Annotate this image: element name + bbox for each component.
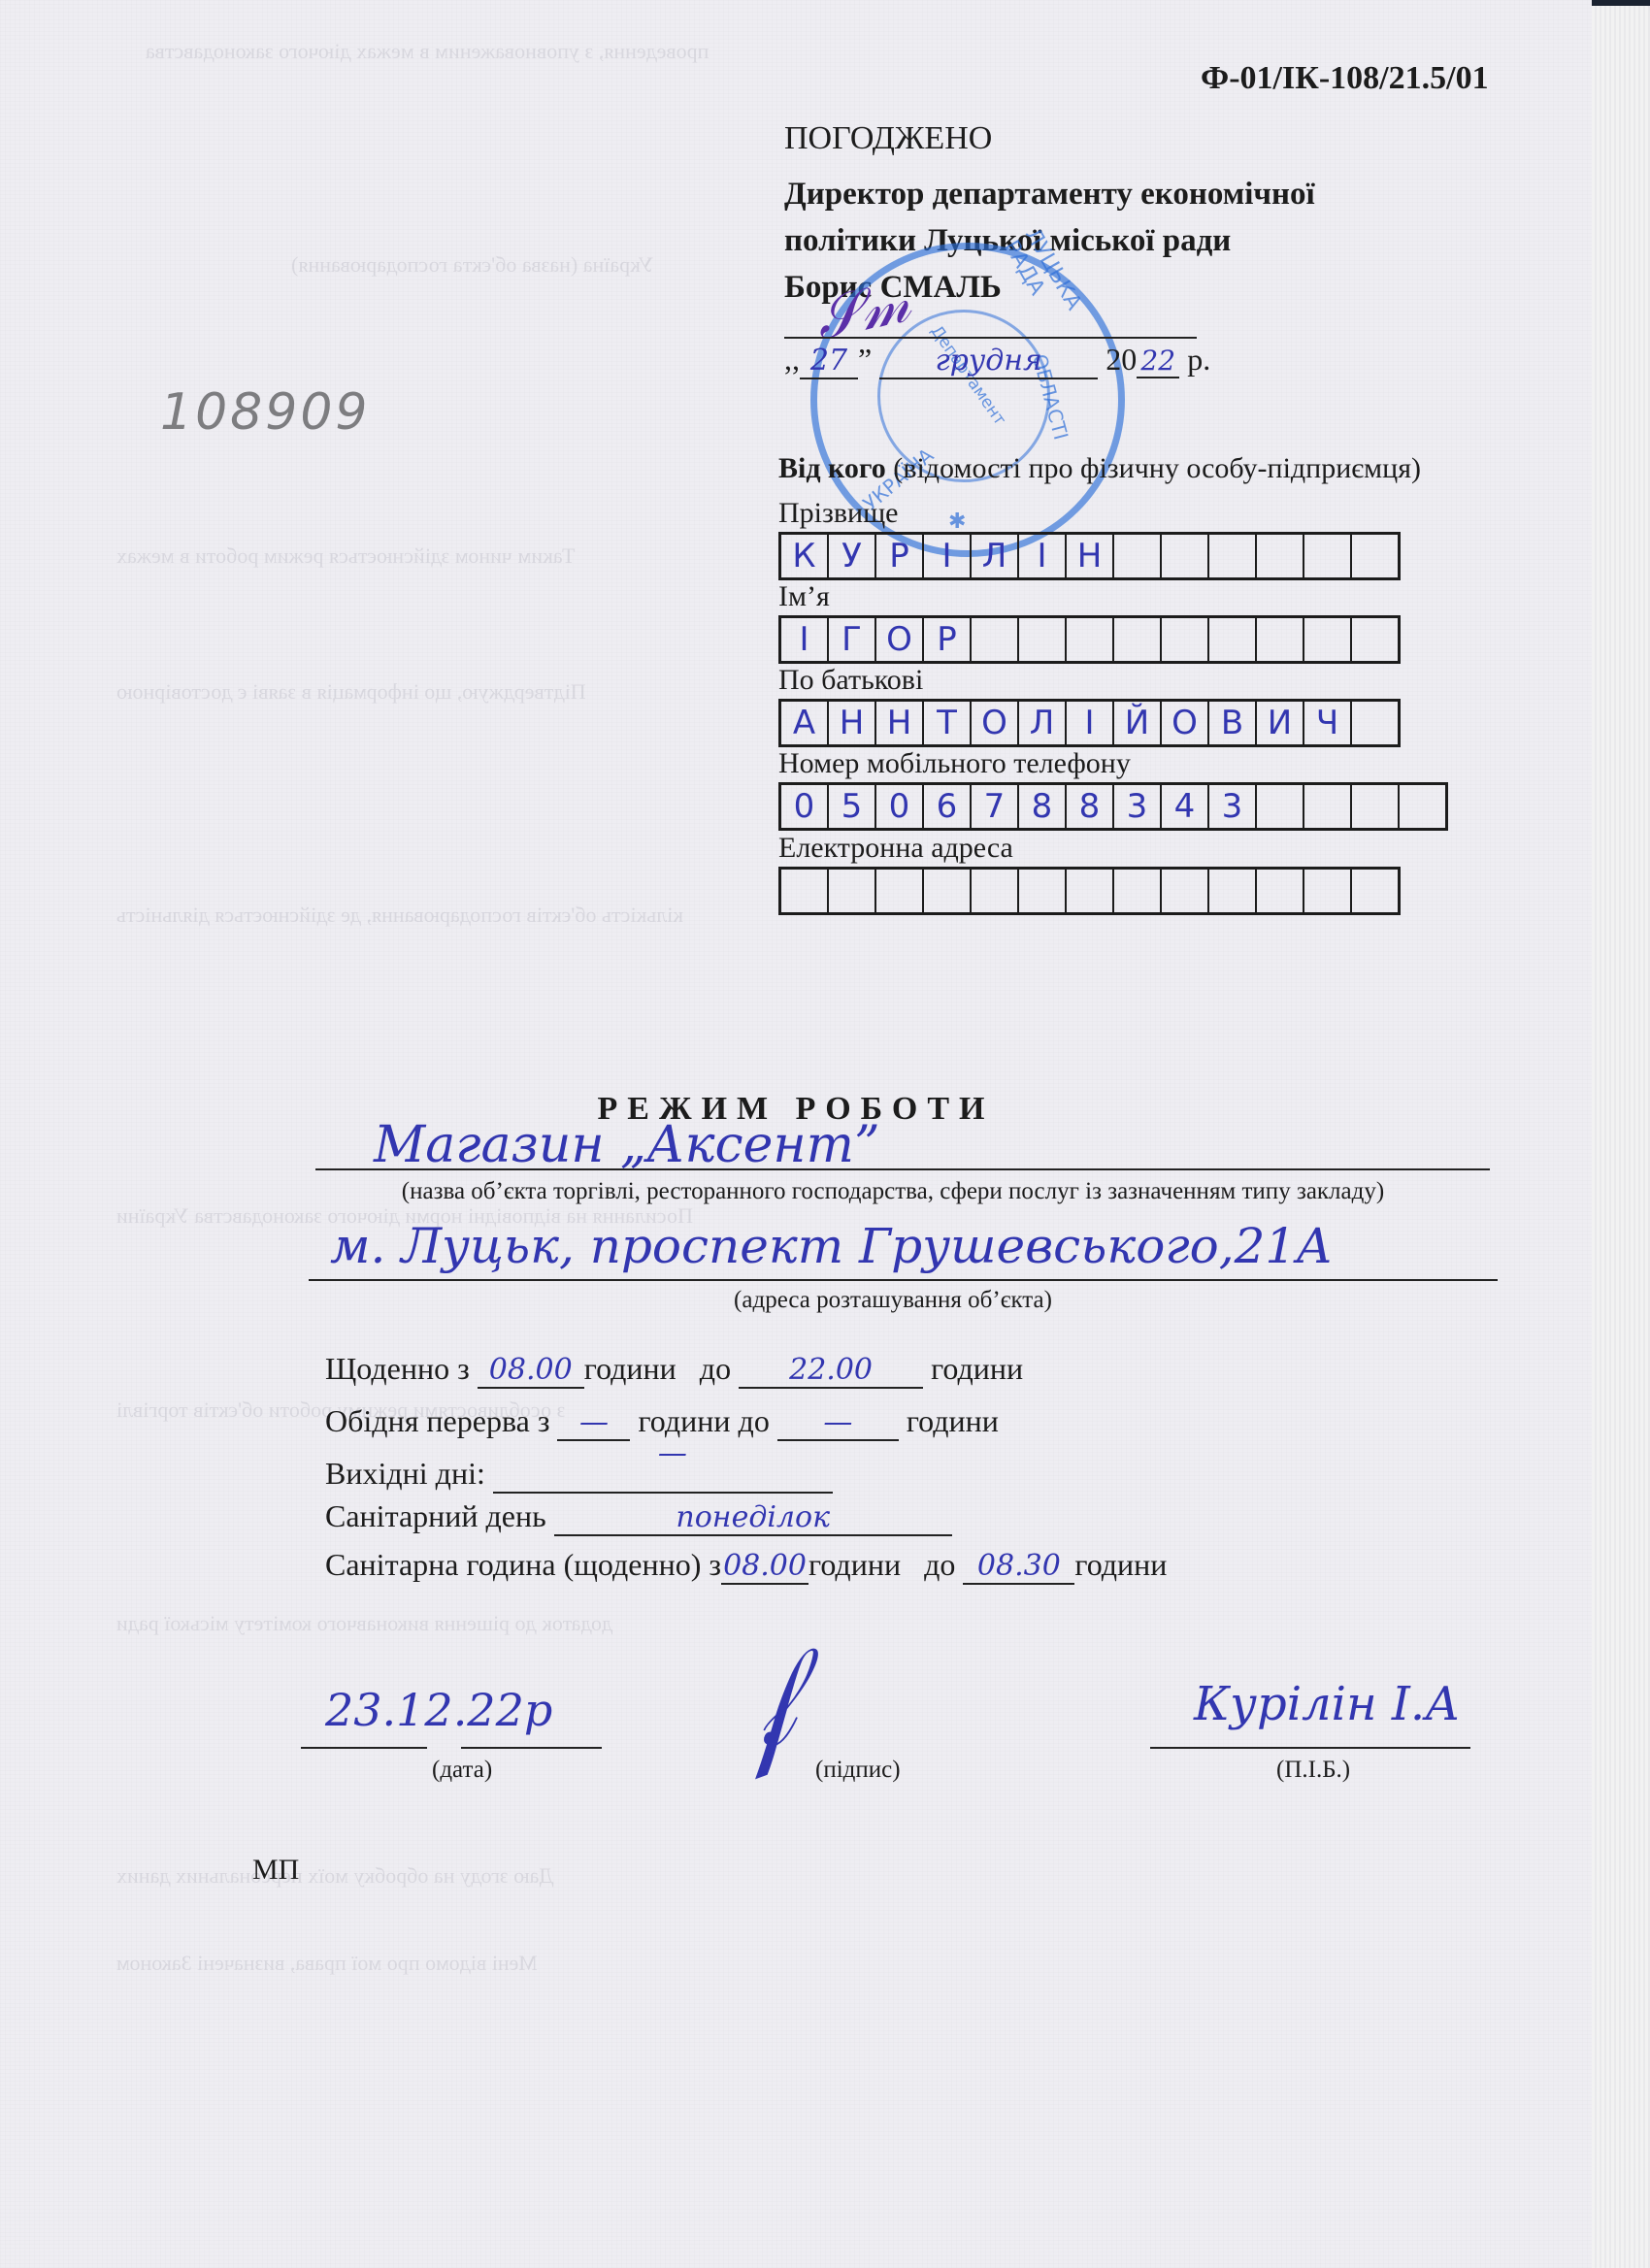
- daily-to-value: 22.00: [739, 1353, 923, 1389]
- sign-date-line: [301, 1747, 427, 1749]
- approval-date: ,,27” грудня 2022 р.: [784, 342, 1210, 379]
- char-box[interactable]: [1019, 870, 1067, 912]
- char-box[interactable]: О: [972, 702, 1019, 744]
- sanitary-hour-to: 08.30: [963, 1549, 1074, 1585]
- applicant-section-heading: Від кого (відомості про фізичну особу-пі…: [778, 452, 1421, 485]
- lunch-label: Обідня перерва з: [325, 1403, 549, 1438]
- char-box[interactable]: [781, 870, 829, 912]
- char-box[interactable]: [1209, 870, 1257, 912]
- char-box[interactable]: [1352, 785, 1400, 828]
- signature-line: [461, 1747, 602, 1749]
- address-value: м. Луцьк, проспект Грушевського,21А: [330, 1218, 1333, 1274]
- char-box[interactable]: 3: [1114, 785, 1162, 828]
- sign-name-value: Курілін І.А: [1194, 1677, 1460, 1731]
- hours-word: години: [931, 1351, 1023, 1386]
- approval-year-prefix: 20: [1105, 342, 1137, 377]
- hours-word: години: [907, 1403, 999, 1438]
- lunch-from-value: —: [557, 1405, 630, 1441]
- sanitary-hour-label: Санітарна година (щоденно) з: [325, 1547, 721, 1582]
- char-box[interactable]: [1304, 785, 1352, 828]
- sanitary-day-label: Санітарний день: [325, 1498, 546, 1533]
- char-box-field[interactable]: 0506788343: [778, 782, 1448, 831]
- sign-name-line: [1150, 1747, 1470, 1749]
- char-box[interactable]: Л: [972, 535, 1019, 577]
- field-label: По батькові: [778, 664, 923, 697]
- char-box[interactable]: [1352, 535, 1398, 577]
- char-box[interactable]: І: [1019, 535, 1067, 577]
- registration-number: 108909: [160, 383, 371, 442]
- char-box[interactable]: [1352, 870, 1398, 912]
- to-word: до: [700, 1351, 731, 1386]
- approver-title-line1: Директор департаменту економічної: [784, 171, 1315, 217]
- char-box[interactable]: І: [781, 618, 829, 661]
- address-caption: (адреса розташування об’єкта): [0, 1287, 1650, 1314]
- char-box[interactable]: О: [876, 618, 924, 661]
- char-box[interactable]: [972, 870, 1019, 912]
- char-box[interactable]: [1352, 702, 1398, 744]
- char-box[interactable]: [1304, 535, 1352, 577]
- hours-word: години: [1074, 1547, 1167, 1582]
- char-box[interactable]: Н: [1067, 535, 1114, 577]
- char-box[interactable]: Р: [876, 535, 924, 577]
- char-box[interactable]: [1114, 618, 1162, 661]
- char-box[interactable]: К: [781, 535, 829, 577]
- sanitary-hour-row: Санітарна година (щоденно) з08.00години …: [325, 1547, 1167, 1585]
- applicant-heading-rest: (відомості про фізичну особу-підприємця): [893, 452, 1421, 484]
- char-box[interactable]: 4: [1162, 785, 1209, 828]
- object-name-line: [315, 1168, 1490, 1170]
- object-name-value: Магазин „Аксент”: [374, 1116, 880, 1174]
- hours-word: години: [808, 1547, 901, 1582]
- approval-year-label: р.: [1187, 342, 1210, 377]
- char-box[interactable]: [1304, 618, 1352, 661]
- days-off-row: Вихідні дні: —: [325, 1456, 833, 1494]
- char-box[interactable]: 7: [972, 785, 1019, 828]
- char-box[interactable]: [1067, 870, 1114, 912]
- daily-label: Щоденно з: [325, 1351, 470, 1386]
- stamp-star-icon: ✱: [948, 509, 966, 534]
- scanner-edge-shadow: [1592, 0, 1650, 6]
- document-page: проведення, з уповноваженим в межах діюч…: [0, 0, 1592, 2268]
- char-box-field[interactable]: [778, 867, 1401, 915]
- char-box[interactable]: [972, 618, 1019, 661]
- char-box[interactable]: В: [1209, 702, 1257, 744]
- char-box[interactable]: [1400, 785, 1445, 828]
- days-off-dash: —: [658, 1436, 687, 1470]
- field-label: Прізвище: [778, 497, 899, 530]
- address-line: [309, 1279, 1498, 1281]
- char-box[interactable]: Т: [924, 702, 972, 744]
- char-box[interactable]: А: [781, 702, 829, 744]
- signature-caption: (підпис): [815, 1757, 901, 1784]
- applicant-signature: 𝒻: [716, 1635, 811, 1781]
- char-box-field[interactable]: КУРІЛІН: [778, 532, 1401, 580]
- approval-day: 27: [800, 344, 858, 379]
- char-box[interactable]: [829, 870, 876, 912]
- sign-name-caption: (П.І.Б.): [1276, 1757, 1350, 1784]
- days-off-value: —: [493, 1458, 833, 1494]
- char-box[interactable]: Н: [829, 702, 876, 744]
- char-box[interactable]: [1067, 618, 1114, 661]
- sanitary-hour-from: 08.00: [721, 1549, 808, 1585]
- char-box[interactable]: [1114, 870, 1162, 912]
- char-box[interactable]: Н: [876, 702, 924, 744]
- applicant-heading-bold: Від кого: [778, 452, 886, 484]
- char-box[interactable]: [924, 870, 972, 912]
- to-word: до: [924, 1547, 955, 1582]
- daily-from-value: 08.00: [478, 1353, 584, 1389]
- char-box[interactable]: Р: [924, 618, 972, 661]
- char-box-field[interactable]: АННТОЛІЙОВИЧ: [778, 699, 1401, 747]
- char-box[interactable]: [1162, 535, 1209, 577]
- field-label: Ім’я: [778, 580, 830, 613]
- char-box[interactable]: Г: [829, 618, 876, 661]
- char-box-field[interactable]: ІГОР: [778, 615, 1401, 664]
- date-quote: ,,: [784, 342, 800, 377]
- char-box[interactable]: [1209, 618, 1257, 661]
- approval-month: грудня: [879, 344, 1098, 379]
- char-box[interactable]: Ч: [1304, 702, 1352, 744]
- char-box[interactable]: [1257, 535, 1304, 577]
- char-box[interactable]: Й: [1114, 702, 1162, 744]
- char-box[interactable]: О: [1162, 702, 1209, 744]
- char-box[interactable]: 3: [1209, 785, 1257, 828]
- char-box[interactable]: [1304, 870, 1352, 912]
- sign-date-value: 23.12.22р: [325, 1684, 552, 1736]
- hours-word: години: [584, 1351, 676, 1386]
- char-box[interactable]: [1209, 535, 1257, 577]
- form-code: Ф-01/ІК-108/21.5/01: [1201, 60, 1489, 97]
- char-box[interactable]: И: [1257, 702, 1304, 744]
- approved-label: ПОГОДЖЕНО: [784, 120, 992, 157]
- hours-word: години: [638, 1403, 730, 1438]
- char-box[interactable]: 0: [876, 785, 924, 828]
- char-box[interactable]: І: [1067, 702, 1114, 744]
- char-box[interactable]: 5: [829, 785, 876, 828]
- char-box[interactable]: [876, 870, 924, 912]
- char-box[interactable]: 6: [924, 785, 972, 828]
- approver-signature-line: [784, 337, 1197, 339]
- char-box[interactable]: І: [924, 535, 972, 577]
- field-label: Номер мобільного телефону: [778, 747, 1131, 780]
- sanitary-day-row: Санітарний день понеділок: [325, 1498, 952, 1536]
- scanner-edge: [1592, 0, 1650, 2268]
- sanitary-day-value: понеділок: [554, 1500, 952, 1536]
- char-box[interactable]: У: [829, 535, 876, 577]
- days-off-label: Вихідні дні:: [325, 1456, 485, 1491]
- char-box[interactable]: [1257, 785, 1304, 828]
- sign-date-caption: (дата): [432, 1757, 492, 1784]
- char-box[interactable]: 0: [781, 785, 829, 828]
- char-box[interactable]: [1114, 535, 1162, 577]
- approval-year-suffix: 22: [1137, 345, 1179, 378]
- field-label: Електронна адреса: [778, 832, 1013, 865]
- char-box[interactable]: [1352, 618, 1398, 661]
- char-box[interactable]: [1019, 618, 1067, 661]
- char-box[interactable]: [1257, 870, 1304, 912]
- char-box[interactable]: 8: [1019, 785, 1067, 828]
- char-box[interactable]: [1162, 618, 1209, 661]
- object-name-caption: (назва об’єкта торгівлі, ресторанного го…: [0, 1178, 1650, 1205]
- seal-label: МП: [252, 1854, 299, 1887]
- daily-hours-row: Щоденно з 08.00години до 22.00 години: [325, 1351, 1023, 1389]
- char-box[interactable]: [1257, 618, 1304, 661]
- to-word: до: [739, 1403, 770, 1438]
- char-box[interactable]: Л: [1019, 702, 1067, 744]
- char-box[interactable]: [1162, 870, 1209, 912]
- lunch-to-value: —: [777, 1405, 899, 1441]
- char-box[interactable]: 8: [1067, 785, 1114, 828]
